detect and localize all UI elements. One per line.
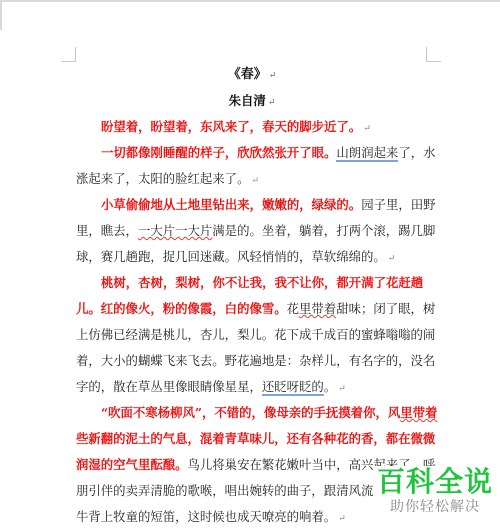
text-line: 小草偷偷地从土地里钻出来，嫩嫩的，绿绿的。园子里，田野	[76, 192, 428, 218]
text-line: 球，赛几趟跑，捉几回迷藏。风轻悄悄的，草软绵绵的。↵	[76, 244, 428, 270]
text-segment: 。	[324, 379, 336, 394]
text-segment: 盼望着，盼望着，东风来了，春天的脚步近了。	[101, 119, 361, 134]
text-segment: 园子里，田野	[361, 197, 435, 212]
text-segment: 了，水	[398, 145, 435, 160]
text-segment: 些新翻的泥土的气息，混着青草味儿，还有各种花的香，都在微微	[76, 431, 435, 446]
watermark-logo: 百科全说	[373, 466, 497, 498]
page-shadow-top	[0, 0, 500, 2]
document-title: 《春》↵	[76, 62, 428, 88]
text-line: 涨起来了，太阳的脸红起来了。↵	[76, 166, 428, 192]
text-line: “吹面不寒杨柳风”，不错的，像母亲的手抚摸着你，风里带着	[76, 400, 428, 426]
text-segment: 里，瞧去，	[76, 223, 138, 238]
text-segment: 涨起来了，太阳的脸红起来了。	[76, 171, 249, 186]
text-segment: 里带着	[400, 405, 437, 420]
watermark-slogan: 助你轻松解决	[373, 498, 497, 516]
text-segment: 着，大小的蝴蝶飞来飞去。野花遍地是：杂样儿，有名字的，没名	[76, 353, 435, 368]
text-segment: 牛背上牧童的短笛，这时候也成天嘹亮的响着。	[76, 509, 336, 524]
paragraph-mark: ↵	[268, 98, 276, 108]
text-segment: 满是的。坐着，躺着，打两个滚，踢几脚	[212, 223, 435, 238]
text-segment: 还眨呀眨的	[262, 379, 324, 396]
text-segment: 一大片一大片	[138, 223, 212, 238]
text-line: 儿。红的像火，粉的像霞，白的像雪。花里带着甜味；闭了眼，树	[76, 296, 428, 322]
text-segment: 小草偷偷地从土地里钻出来，嫩嫩的，绿绿的。	[101, 197, 361, 212]
text-segment: 字的，散在草丛里像眼睛像星星，	[76, 379, 262, 394]
margin-corner-top-left	[61, 47, 76, 62]
text-line: 些新翻的泥土的气息，混着青草味儿，还有各种花的香，都在微微	[76, 426, 428, 452]
author-text: 朱自清	[229, 93, 266, 108]
paragraph-mark: ↵	[363, 124, 371, 134]
text-segment: 里带着	[299, 301, 336, 316]
title-text: 《春》	[228, 67, 267, 82]
text-segment: “吹面不寒杨柳风”，不错的，像母亲的手抚摸着你，风	[101, 405, 400, 420]
text-segment: 上仿佛已经满是桃儿，杏儿，梨儿。花下成千成百的蜜蜂嗡嗡的闹	[76, 327, 435, 342]
text-segment: 儿。红的像火，粉的像霞，白的像雪。	[76, 301, 287, 316]
paragraph-mark: ↵	[338, 384, 346, 394]
document-author: 朱自清↵	[76, 88, 428, 114]
paragraph-mark: ↵	[388, 254, 396, 264]
text-line: 字的，散在草丛里像眼睛像星星，还眨呀眨的。↵	[76, 374, 428, 400]
text-line: 盼望着，盼望着，东风来了，春天的脚步近了。↵	[76, 114, 428, 140]
margin-corner-top-right	[426, 47, 441, 62]
text-line: 桃树，杏树，梨树，你不让我，我不让你，都开满了花赶趟	[76, 270, 428, 296]
paragraph-mark: ↵	[251, 176, 259, 186]
text-segment: 桃树，杏树，梨树，你不让我，我不让你，都开满了花赶趟	[101, 275, 423, 290]
text-segment: 山朗润起来	[336, 145, 398, 162]
watermark: 百科全说 助你轻松解决	[373, 466, 497, 516]
text-segment: 润湿的空气里酝酿。	[76, 457, 188, 472]
page-shadow-left	[0, 0, 2, 30]
text-segment: 甜味；闭了眼，树	[336, 301, 435, 316]
text-segment: 花	[287, 301, 299, 316]
text-line: 里，瞧去，一大片一大片满是的。坐着，躺着，打两个滚，踢几脚	[76, 218, 428, 244]
text-segment: 一切都像刚睡醒的样子，欣欣然张开了眼。	[101, 145, 336, 160]
document-body[interactable]: 《春》↵ 朱自清↵ 盼望着，盼望着，东风来了，春天的脚步近了。↵一切都像刚睡醒的…	[76, 62, 428, 530]
text-line: 着，大小的蝴蝶飞来飞去。野花遍地是：杂样儿，有名字的，没名	[76, 348, 428, 374]
paragraph-mark: ↵	[338, 514, 346, 524]
text-segment: 球，赛几趟跑，捉几回迷藏。风轻悄悄的，草软绵绵的。	[76, 249, 386, 264]
text-line: 上仿佛已经满是桃儿，杏儿，梨儿。花下成千成百的蜜蜂嗡嗡的闹	[76, 322, 428, 348]
text-line: 一切都像刚睡醒的样子，欣欣然张开了眼。山朗润起来了，水	[76, 140, 428, 166]
paragraph-mark: ↵	[269, 71, 277, 81]
